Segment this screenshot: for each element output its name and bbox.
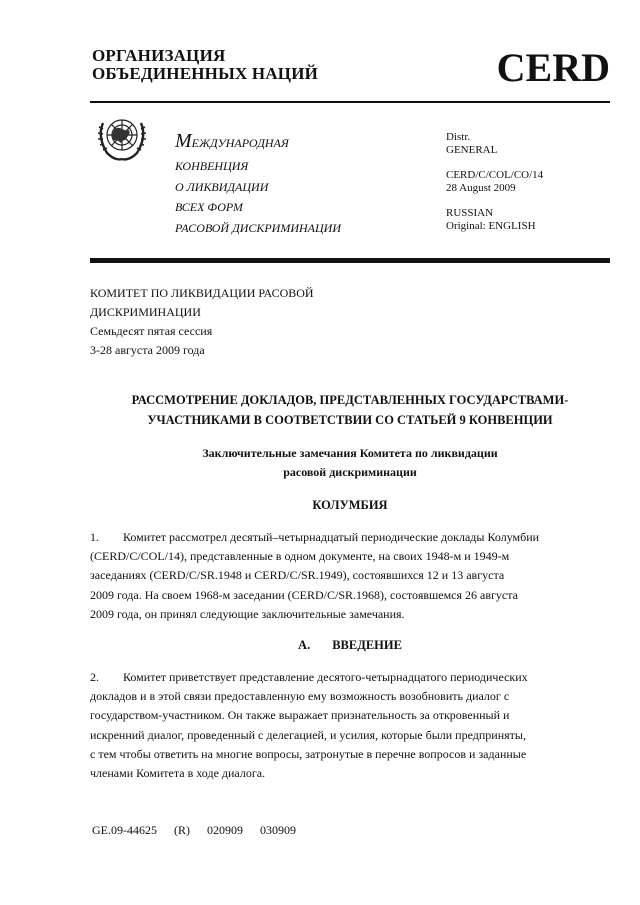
convention-line-1: МЕЖДУНАРОДНАЯ	[175, 128, 341, 156]
org-line-1: ОРГАНИЗАЦИЯ	[92, 47, 318, 65]
paragraph-2: 2.Комитет приветствует представление дес…	[90, 668, 590, 783]
paragraph-line: с тем чтобы ответить на многие вопросы, …	[90, 745, 590, 764]
distr-value: GENERAL	[446, 144, 543, 157]
section-letter: A.	[298, 638, 310, 653]
committee-name-line-1: КОМИТЕТ ПО ЛИКВИДАЦИИ РАСОВОЙ	[90, 284, 314, 303]
masthead-divider	[90, 258, 610, 263]
footer-date-2: 030909	[260, 823, 296, 837]
footer-date-1: 020909	[207, 823, 243, 837]
header-divider	[90, 101, 610, 103]
job-number-footer: GE.09-44625 (R) 020909 030909	[92, 823, 310, 838]
paragraph-line: 2.Комитет приветствует представление дес…	[90, 668, 590, 687]
main-title-line-2: УЧАСТНИКАМИ В СООТВЕТСТВИИ СО СТАТЬЕЙ 9 …	[90, 410, 610, 430]
convention-line-5: РАСОВОЙ ДИСКРИМИНАЦИИ	[175, 218, 341, 239]
job-number: GE.09-44625	[92, 823, 157, 837]
document-symbol: CERD/C/COL/CO/14	[446, 169, 543, 182]
main-title: РАССМОТРЕНИЕ ДОКЛАДОВ, ПРЕДСТАВЛЕННЫХ ГО…	[90, 390, 610, 430]
paragraph-1: 1.Комитет рассмотрел десятый–четырнадцат…	[90, 528, 590, 624]
country-heading: КОЛУМБИЯ	[90, 497, 610, 513]
committee-name-line-2: ДИСКРИМИНАЦИИ	[90, 303, 314, 322]
document-metadata: Distr. GENERAL CERD/C/COL/CO/14 28 Augus…	[446, 131, 543, 232]
un-emblem-icon	[93, 113, 151, 165]
paragraph-line: государством-участником. Он также выража…	[90, 706, 590, 725]
convention-line-2: КОНВЕНЦИЯ	[175, 156, 341, 177]
committee-info: КОМИТЕТ ПО ЛИКВИДАЦИИ РАСОВОЙ ДИСКРИМИНА…	[90, 284, 314, 360]
paragraph-line: 1.Комитет рассмотрел десятый–четырнадцат…	[90, 528, 590, 547]
document-series-symbol: CERD	[497, 46, 610, 90]
paragraph-line: докладов и в этой связи предоставленную …	[90, 687, 590, 706]
paragraph-line: членами Комитета в ходе диалога.	[90, 764, 590, 783]
org-line-2: ОБЪЕДИНЕННЫХ НАЦИЙ	[92, 65, 318, 83]
paragraph-number: 1.	[90, 528, 123, 547]
subtitle: Заключительные замечания Комитета по лик…	[90, 444, 610, 482]
convention-title: МЕЖДУНАРОДНАЯ КОНВЕНЦИЯ О ЛИКВИДАЦИИ ВСЕ…	[175, 128, 341, 238]
main-title-line-1: РАССМОТРЕНИЕ ДОКЛАДОВ, ПРЕДСТАВЛЕННЫХ ГО…	[90, 390, 610, 410]
subtitle-line-1: Заключительные замечания Комитета по лик…	[90, 444, 610, 463]
convention-initial: М	[175, 130, 192, 152]
organization-name: ОРГАНИЗАЦИЯ ОБЪЕДИНЕННЫХ НАЦИЙ	[92, 47, 318, 83]
paragraph-line: 2009 года. На своем 1968-м заседании (CE…	[90, 586, 590, 605]
paragraph-text: Комитет приветствует представление десят…	[123, 670, 528, 684]
convention-line-3: О ЛИКВИДАЦИИ	[175, 177, 341, 198]
subtitle-line-2: расовой дискриминации	[90, 463, 610, 482]
section-a-heading: A.ВВЕДЕНИЕ	[90, 638, 610, 653]
section-title: ВВЕДЕНИЕ	[332, 638, 402, 652]
paragraph-text: Комитет рассмотрел десятый–четырнадцатый…	[123, 530, 539, 544]
paragraph-line: заседаниях (CERD/C/SR.1948 и CERD/C/SR.1…	[90, 566, 590, 585]
session-name: Семьдесят пятая сессия	[90, 322, 314, 341]
paragraph-line: искренний диалог, проведенный с делегаци…	[90, 726, 590, 745]
original-language: Original: ENGLISH	[446, 220, 543, 233]
paragraph-number: 2.	[90, 668, 123, 687]
convention-line-1-rest: ЕЖДУНАРОДНАЯ	[192, 136, 289, 150]
session-dates: 3-28 августа 2009 года	[90, 341, 314, 360]
paragraph-line: 2009 года, он принял следующие заключите…	[90, 605, 590, 624]
convention-line-4: ВСЕХ ФОРМ	[175, 197, 341, 218]
paragraph-line: (CERD/C/COL/14), представленные в одном …	[90, 547, 590, 566]
language-code: (R)	[174, 823, 190, 837]
distr-label: Distr.	[446, 131, 543, 144]
document-date: 28 August 2009	[446, 182, 543, 195]
document-language: RUSSIAN	[446, 207, 543, 220]
